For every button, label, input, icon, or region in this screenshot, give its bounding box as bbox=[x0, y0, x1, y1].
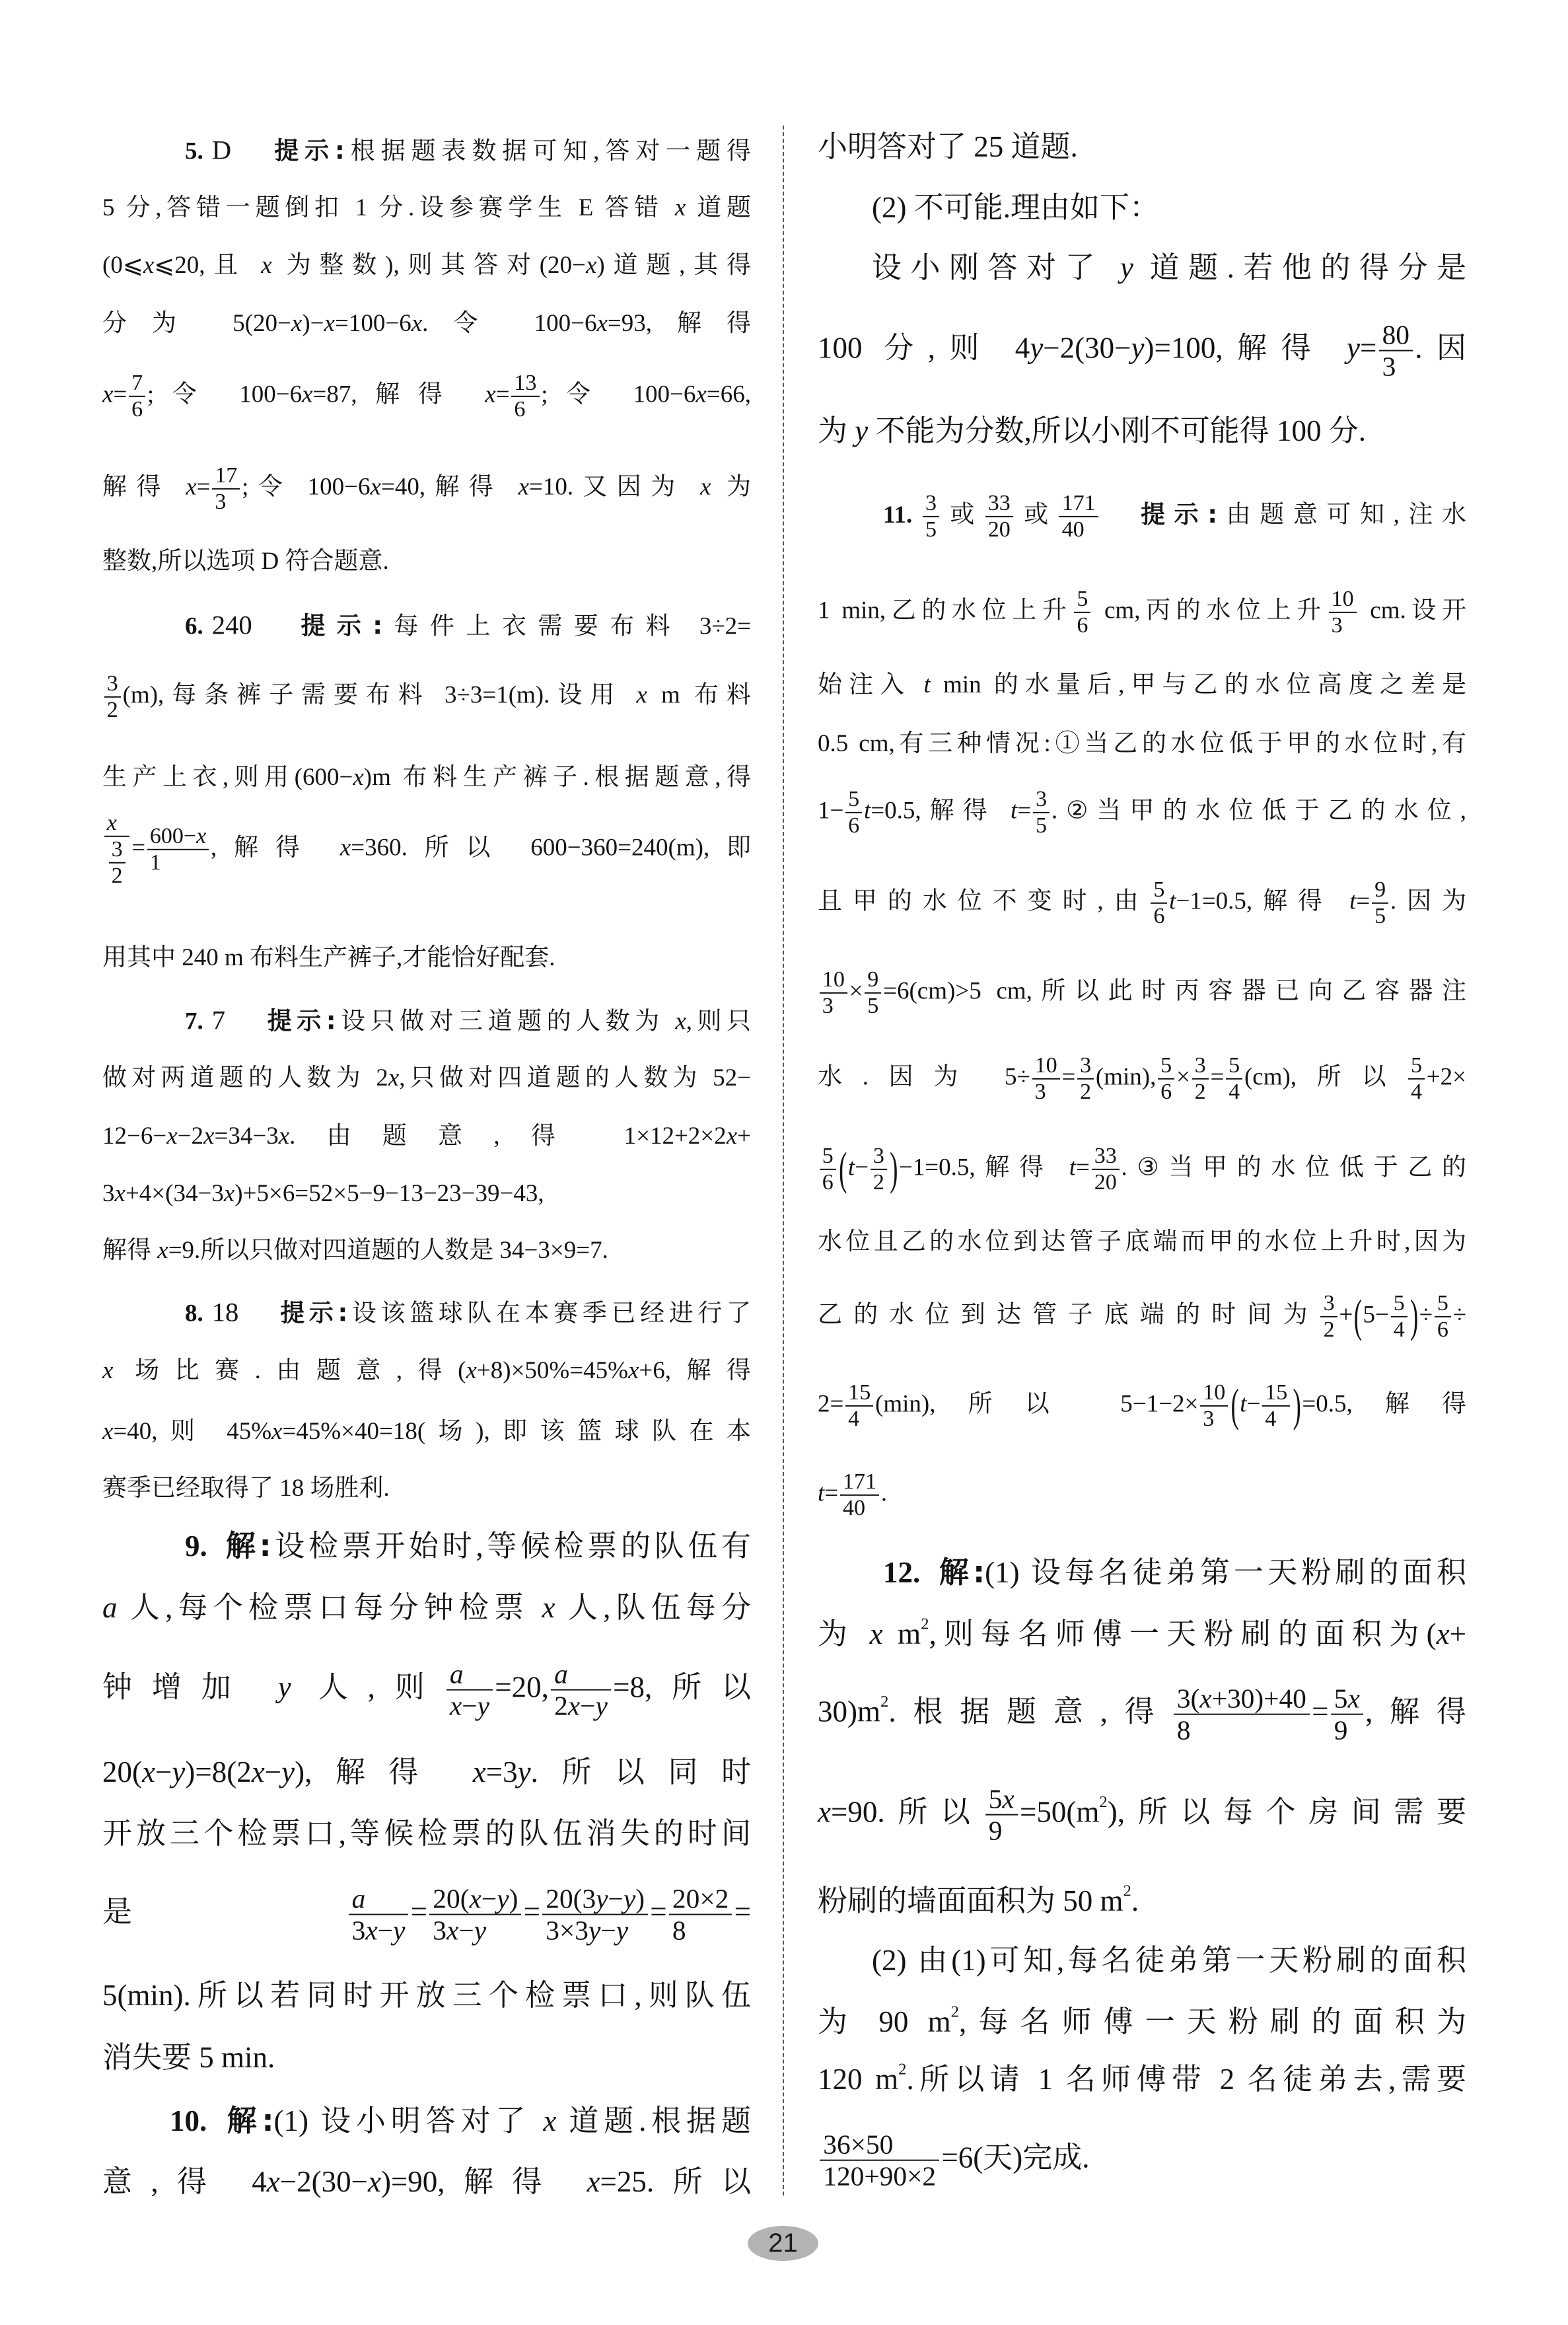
text-run: 15 bbox=[848, 1380, 871, 1405]
fraction-numerator: 3(x+30)+40 bbox=[1174, 1683, 1310, 1715]
fraction: 32 bbox=[1077, 1053, 1094, 1105]
text-run: 2 bbox=[1195, 1080, 1206, 1104]
fraction: 56 bbox=[1435, 1291, 1451, 1343]
fraction-denominator: 4 bbox=[845, 1407, 873, 1432]
fraction-denominator: 6 bbox=[845, 813, 862, 838]
fraction-denominator: 6 bbox=[1074, 613, 1090, 638]
fraction: 3(x+30)+408 bbox=[1174, 1683, 1310, 1746]
fraction: 17140 bbox=[840, 1469, 879, 1521]
page-number-badge: 21 bbox=[748, 2226, 818, 2261]
fraction-denominator: 6 bbox=[1151, 904, 1167, 929]
text-run: (min), bbox=[1096, 1063, 1156, 1090]
text-run: 或 bbox=[1015, 501, 1057, 528]
text-run: 5 bbox=[1229, 1053, 1240, 1078]
superscript: 2 bbox=[880, 1693, 888, 1711]
fraction-numerator: 5 bbox=[820, 1144, 836, 1170]
fraction: 35 bbox=[1033, 787, 1050, 838]
fraction: 154 bbox=[845, 1380, 873, 1432]
fraction-denominator: 40 bbox=[840, 1496, 879, 1521]
text-run: 30)m bbox=[818, 1695, 880, 1728]
text-run: ),所以每个房间需要 bbox=[1108, 1795, 1466, 1828]
item-number: 12. bbox=[883, 1556, 920, 1589]
fraction-denominator: 9 bbox=[985, 1816, 1018, 1846]
superscript: 2 bbox=[1099, 1793, 1107, 1811]
fraction-numerator: 10 bbox=[1329, 587, 1357, 613]
fraction: 17140 bbox=[1059, 491, 1098, 542]
text-run: 36×50 bbox=[823, 2129, 893, 2160]
math-variable: x bbox=[1347, 1683, 1359, 1714]
text-line: 设小刚答对了 y 道题.若他的得分是 bbox=[818, 248, 1466, 287]
math-variable: t bbox=[1169, 887, 1176, 914]
fraction-numerator: 3 bbox=[1192, 1053, 1209, 1080]
fraction: 103 bbox=[1329, 587, 1357, 638]
fraction: 56 bbox=[845, 787, 862, 838]
text-run: 171 bbox=[1062, 491, 1096, 515]
math-variable: t bbox=[848, 1154, 855, 1181]
text-run: 6 bbox=[848, 813, 859, 838]
text-line: 103×95=6(cm)>5 cm,所以此时丙容器已向乙容器注 bbox=[818, 967, 1466, 1019]
text-run: (1) 设每名徒弟第一天粉刷的面积 bbox=[985, 1556, 1466, 1589]
superscript: 2 bbox=[921, 1615, 929, 1633]
text-run: .因 bbox=[1415, 331, 1466, 364]
fraction-denominator: 9 bbox=[1331, 1715, 1363, 1746]
text-run: 6 bbox=[1437, 1317, 1448, 1342]
fraction: 803 bbox=[1379, 320, 1413, 383]
fraction-denominator: 3 bbox=[1032, 1080, 1060, 1105]
text-run: − bbox=[855, 1154, 869, 1181]
text-run: 3( bbox=[1177, 1683, 1199, 1714]
fraction-denominator: 2 bbox=[871, 1170, 887, 1195]
fraction-denominator: 120+90×2 bbox=[820, 2161, 939, 2192]
text-run: 9 bbox=[989, 1816, 1003, 1846]
text-run: 为 bbox=[818, 1617, 870, 1650]
text-run: 5 bbox=[1153, 877, 1164, 902]
math-variable: x bbox=[1199, 1683, 1211, 1714]
superscript: 2 bbox=[951, 2003, 959, 2020]
text-run: 3 bbox=[822, 994, 834, 1018]
fraction-numerator: 5 bbox=[1226, 1053, 1242, 1080]
text-line: 2=154(min),所以 5−1−2×103(t−154)=0.5,解得 bbox=[818, 1380, 1466, 1432]
text-run: 4 bbox=[1229, 1080, 1240, 1104]
text-run: 5 bbox=[822, 1144, 834, 1168]
fraction-denominator: 3 bbox=[820, 994, 847, 1019]
page-number: 21 bbox=[768, 2229, 798, 2258]
text-run: + bbox=[1450, 1617, 1466, 1650]
fraction-numerator: 171 bbox=[1059, 491, 1098, 517]
large-parenthesis: ) bbox=[1410, 1294, 1418, 1340]
text-run: 粉刷的墙面面积为 50 m bbox=[818, 1884, 1123, 1917]
fraction-numerator: 15 bbox=[1262, 1380, 1290, 1407]
text-line: 30)m2.根据题意,得3(x+30)+408=5x9,解得 bbox=[818, 1683, 1466, 1746]
text-line: 小明答对了 25 道题. bbox=[818, 128, 1466, 166]
text-run: =6(天)完成. bbox=[941, 2141, 1089, 2174]
fraction: 32 bbox=[871, 1144, 887, 1195]
fraction-numerator: 80 bbox=[1379, 320, 1413, 351]
fraction: 103 bbox=[820, 967, 847, 1019]
fraction: 56 bbox=[1151, 877, 1167, 929]
text-run: 始注入 bbox=[818, 671, 923, 698]
text-run: +30)+40 bbox=[1212, 1683, 1306, 1714]
text-run: .所以请 1 名师傅带 2 名徒弟去,需要 bbox=[906, 2063, 1466, 2096]
text-run: 3 bbox=[873, 1144, 884, 1168]
text-run: 3 bbox=[1324, 1291, 1335, 1315]
text-run: m bbox=[883, 1617, 921, 1650]
text-run: . bbox=[881, 1479, 887, 1506]
fraction-numerator: 15 bbox=[845, 1380, 873, 1407]
math-variable: t bbox=[1349, 887, 1356, 914]
superscript: 2 bbox=[1123, 1882, 1131, 1900]
fraction-denominator: 5 bbox=[1033, 813, 1050, 838]
text-run: 40 bbox=[1062, 517, 1085, 542]
fraction-numerator: 9 bbox=[865, 967, 881, 994]
text-run: 为 bbox=[818, 414, 855, 447]
text-run: 5 bbox=[1411, 1053, 1422, 1078]
text-run: 15 bbox=[1265, 1380, 1287, 1405]
fraction-denominator: 4 bbox=[1262, 1407, 1290, 1432]
text-run: −1=0.5,解得 bbox=[1176, 887, 1349, 914]
fraction-denominator: 3 bbox=[1379, 351, 1413, 382]
math-variable: t bbox=[923, 671, 930, 698]
text-run: 120+90×2 bbox=[823, 2161, 936, 2192]
text-run: 5− bbox=[1363, 1301, 1389, 1328]
text-run: 0.5 cm,有三种情况:①当乙的水位低于甲的水位时,有 bbox=[818, 730, 1466, 757]
text-line: 1 min,乙的水位上升56 cm,丙的水位上升103 cm.设开 bbox=[818, 587, 1466, 638]
text-run: 40 bbox=[843, 1496, 865, 1520]
text-run: 10 bbox=[1035, 1053, 1057, 1078]
text-run: =6(cm)>5 cm,所以此时丙容器已向乙容器注 bbox=[883, 977, 1466, 1004]
text-line: 1−56t=0.5,解得 t=35.②当甲的水位低于乙的水位, bbox=[818, 787, 1466, 838]
fraction-numerator: 5 bbox=[845, 787, 862, 813]
fraction-denominator: 40 bbox=[1059, 517, 1098, 542]
math-variable: t bbox=[1069, 1154, 1076, 1181]
fraction-denominator: 5 bbox=[923, 517, 939, 542]
large-parenthesis: ) bbox=[1293, 1383, 1301, 1429]
text-run: × bbox=[1176, 1063, 1190, 1090]
text-line: 12.解:(1) 设每名徒弟第一天粉刷的面积 bbox=[818, 1553, 1466, 1592]
text-run: 5 bbox=[925, 517, 937, 542]
text-run: ,每名师傅一天粉刷的面积为 bbox=[959, 2005, 1466, 2038]
text-line: 水.因为 5÷103=32(min),56×32=54(cm),所以54+2× bbox=[818, 1053, 1466, 1105]
fraction-numerator: 5x bbox=[985, 1784, 1018, 1816]
fraction-denominator: 6 bbox=[1435, 1317, 1451, 1343]
text-run: 3 bbox=[925, 491, 937, 515]
fraction-numerator: 36×50 bbox=[820, 2129, 939, 2161]
fraction: 3320 bbox=[985, 491, 1013, 542]
math-variable: y bbox=[1120, 251, 1133, 284]
fraction-denominator: 6 bbox=[820, 1170, 836, 1195]
text-run: 9 bbox=[1374, 877, 1386, 902]
fraction-denominator: 5 bbox=[865, 994, 881, 1019]
hint-label: 提示: bbox=[1132, 499, 1218, 528]
fraction: 32 bbox=[1320, 1291, 1337, 1343]
text-run: 1− bbox=[818, 797, 843, 824]
text-run: 33 bbox=[988, 491, 1011, 515]
text-run: = bbox=[1061, 1063, 1075, 1090]
fraction-numerator: 10 bbox=[820, 967, 847, 994]
text-run: (min),所以 5−1−2× bbox=[875, 1390, 1198, 1417]
math-variable: x bbox=[870, 1617, 883, 1650]
fraction: 56 bbox=[1158, 1053, 1174, 1105]
fraction: 32 bbox=[1192, 1053, 1209, 1105]
text-run: −2(30− bbox=[1043, 331, 1131, 364]
text-run: +2× bbox=[1427, 1063, 1466, 1090]
large-parenthesis: ( bbox=[1230, 1383, 1238, 1429]
text-run: 5 bbox=[1077, 587, 1088, 611]
fraction-denominator: 4 bbox=[1391, 1317, 1408, 1343]
fraction-denominator: 2 bbox=[1192, 1080, 1209, 1105]
fraction-numerator: 5 bbox=[1074, 587, 1090, 613]
fraction-denominator: 8 bbox=[1174, 1715, 1310, 1746]
large-parenthesis: ( bbox=[839, 1146, 847, 1193]
text-run: .③当甲的水位低于乙的 bbox=[1122, 1154, 1467, 1181]
text-run: 或 bbox=[941, 501, 983, 528]
text-line: x=90.所以5x9=50(m2),所以每个房间需要 bbox=[818, 1784, 1466, 1847]
text-run: 水位且乙的水位到达管子底端而甲的水位上升时,因为 bbox=[818, 1228, 1466, 1255]
fraction-numerator: 5 bbox=[1435, 1291, 1451, 1317]
fraction-numerator: 3 bbox=[1077, 1053, 1094, 1080]
text-run: 5 bbox=[1334, 1683, 1348, 1714]
text-line: 36×50120+90×2=6(天)完成. bbox=[818, 2129, 1466, 2192]
math-variable: x bbox=[1002, 1784, 1014, 1814]
fraction: 3320 bbox=[1092, 1144, 1120, 1195]
math-variable: t bbox=[1011, 797, 1017, 824]
text-run: (2) 由(1)可知,每名徒弟第一天粉刷的面积 bbox=[872, 1944, 1466, 1977]
text-run: 为 90 m bbox=[818, 2005, 951, 2038]
superscript: 2 bbox=[898, 2060, 906, 2078]
text-run: =50(m bbox=[1020, 1795, 1099, 1828]
text-run: 水.因为 5÷ bbox=[818, 1063, 1030, 1090]
text-run: 5 bbox=[1437, 1291, 1448, 1315]
text-run: 10 bbox=[1203, 1380, 1225, 1405]
fraction: 154 bbox=[1262, 1380, 1290, 1432]
text-run: 120 m bbox=[818, 2063, 898, 2096]
fraction-denominator: 3 bbox=[1200, 1407, 1228, 1432]
fraction-numerator: 5 bbox=[1151, 877, 1167, 904]
text-run: 设小刚答对了 bbox=[872, 251, 1120, 284]
text-run: 乙的水位到达管子底端的时间为 bbox=[818, 1301, 1319, 1328]
large-parenthesis: ( bbox=[1354, 1294, 1362, 1340]
text-line: 水位且乙的水位到达管子底端而甲的水位上升时,因为 bbox=[818, 1226, 1466, 1258]
text-run: 3 bbox=[1382, 351, 1396, 382]
text-run: 9 bbox=[1334, 1715, 1348, 1746]
text-run: 10 bbox=[822, 967, 845, 992]
fraction-denominator: 20 bbox=[1092, 1170, 1120, 1195]
text-run: 20 bbox=[988, 517, 1011, 542]
fraction: 56 bbox=[820, 1144, 836, 1195]
fraction: 36×50120+90×2 bbox=[820, 2129, 939, 2192]
fraction-numerator: 10 bbox=[1032, 1053, 1060, 1080]
text-run: 3 bbox=[1035, 1080, 1046, 1104]
right-column: 小明答对了 25 道题. (2) 不可能.理由如下： 设小刚答对了 y 道题.若… bbox=[0, 0, 1568, 2325]
text-line: 为 90 m2,每名师傅一天粉刷的面积为 bbox=[818, 2003, 1466, 2042]
text-run: 4 bbox=[848, 1407, 859, 1431]
text-run: 5 bbox=[867, 994, 878, 1018]
fraction-numerator: 5x bbox=[1331, 1683, 1363, 1715]
math-variable: x bbox=[818, 1795, 831, 1828]
fraction-numerator: 3 bbox=[1033, 787, 1050, 813]
fraction-denominator: 2 bbox=[1320, 1317, 1337, 1343]
text-run: 3 bbox=[1203, 1407, 1214, 1431]
text-line: 粉刷的墙面面积为 50 m2. bbox=[818, 1882, 1466, 1921]
text-run: cm.设开 bbox=[1358, 597, 1466, 624]
large-parenthesis: ) bbox=[890, 1146, 898, 1193]
text-line: (2) 由(1)可知,每名徒弟第一天粉刷的面积 bbox=[818, 1941, 1466, 1980]
fraction-denominator: 20 bbox=[985, 517, 1013, 542]
text-line: 乙的水位到达管子底端的时间为32+(5−54)÷56÷ bbox=[818, 1291, 1466, 1343]
text-run: 5 bbox=[1394, 1291, 1405, 1315]
fraction: 95 bbox=[1372, 877, 1388, 929]
text-run: 6 bbox=[1153, 904, 1164, 928]
fraction-numerator: 3 bbox=[923, 491, 939, 517]
text-run: ,则每名师傅一天粉刷的面积为( bbox=[929, 1617, 1437, 1650]
text-run: × bbox=[849, 977, 863, 1004]
text-run: 5 bbox=[848, 787, 859, 811]
text-run: 3 bbox=[1332, 613, 1343, 638]
fraction-numerator: 9 bbox=[1372, 877, 1388, 904]
text-run: .②当甲的水位低于乙的水位, bbox=[1051, 797, 1466, 824]
fraction-numerator: 3 bbox=[1320, 1291, 1337, 1317]
text-run: 5 bbox=[989, 1784, 1003, 1814]
fraction-denominator: 4 bbox=[1408, 1080, 1425, 1105]
text-run: 小明答对了 25 道题. bbox=[818, 130, 1078, 163]
text-run: 5 bbox=[1374, 904, 1386, 928]
text-run: 6 bbox=[1160, 1080, 1172, 1104]
text-line: 始注入 t min 的水量后,甲与乙的水位高度之差是 bbox=[818, 669, 1466, 701]
fraction-numerator: 171 bbox=[840, 1469, 879, 1496]
text-run: −1=0.5,解得 bbox=[899, 1154, 1069, 1181]
text-run: 1 min,乙的水位上升 bbox=[818, 597, 1073, 624]
text-run: ÷ bbox=[1419, 1301, 1433, 1328]
text-run: . bbox=[1131, 1884, 1139, 1917]
text-run: 100 分,则 4 bbox=[818, 331, 1030, 364]
text-run: 6 bbox=[822, 1170, 834, 1195]
text-run: = bbox=[1356, 887, 1370, 914]
fraction-denominator: 2 bbox=[1077, 1080, 1094, 1105]
fraction: 56 bbox=[1074, 587, 1090, 638]
text-line: 11.35或3320或17140提示:由题意可知,注水 bbox=[818, 491, 1466, 542]
text-run: 80 bbox=[1382, 320, 1409, 350]
text-line: 100 分,则 4y−2(30−y)=100,解得 y=803.因 bbox=[818, 320, 1466, 383]
text-run: 8 bbox=[1177, 1715, 1191, 1746]
fraction-numerator: 5 bbox=[1408, 1053, 1425, 1080]
fraction: 95 bbox=[865, 967, 881, 1019]
text-run: 2= bbox=[818, 1390, 843, 1417]
fraction: 54 bbox=[1226, 1053, 1242, 1105]
text-run: = bbox=[1017, 797, 1031, 824]
text-run: 20 bbox=[1094, 1170, 1117, 1195]
text-line: 且甲的水位不变时,由56t−1=0.5,解得 t=95.因为 bbox=[818, 877, 1466, 929]
math-variable: y bbox=[1347, 331, 1360, 364]
text-run: = bbox=[1076, 1154, 1090, 1181]
text-run: )=100,解得 bbox=[1145, 331, 1347, 364]
fraction: 103 bbox=[1200, 1380, 1228, 1432]
text-run: ÷ bbox=[1453, 1301, 1466, 1328]
text-run: 4 bbox=[1265, 1407, 1276, 1431]
text-run: 2 bbox=[873, 1170, 884, 1195]
text-run: 道题.若他的得分是 bbox=[1133, 251, 1466, 284]
text-line: 0.5 cm,有三种情况:①当乙的水位低于甲的水位时,有 bbox=[818, 728, 1466, 760]
text-run: 3 bbox=[1195, 1053, 1206, 1078]
text-run: 6 bbox=[1077, 613, 1088, 638]
math-variable: y bbox=[855, 414, 868, 447]
text-run: =90.所以 bbox=[831, 1795, 983, 1828]
math-variable: t bbox=[818, 1479, 824, 1506]
text-run: min 的水量后,甲与乙的水位高度之差是 bbox=[931, 671, 1466, 698]
text-run: (2) 不可能.理由如下： bbox=[872, 191, 1159, 224]
text-run: − bbox=[1247, 1390, 1261, 1417]
text-run: 4 bbox=[1394, 1317, 1405, 1342]
fraction-numerator: 3 bbox=[871, 1144, 887, 1170]
text-run: cm,丙的水位上升 bbox=[1092, 597, 1327, 624]
math-variable: t bbox=[1240, 1390, 1246, 1417]
text-run: 9 bbox=[867, 967, 878, 992]
text-line: 为 y 不能为分数,所以小刚不可能得 100 分. bbox=[818, 412, 1466, 451]
text-line: 120 m2.所以请 1 名师傅带 2 名徒弟去,需要 bbox=[818, 2060, 1466, 2099]
item-number: 11. bbox=[883, 501, 912, 528]
fraction: 5x9 bbox=[1331, 1683, 1363, 1746]
text-run: ,解得 bbox=[1365, 1695, 1466, 1728]
text-run: = bbox=[1312, 1695, 1328, 1728]
math-variable: t bbox=[864, 797, 871, 824]
text-run: 33 bbox=[1094, 1144, 1117, 1168]
text-run: (cm),所以 bbox=[1244, 1063, 1406, 1090]
text-run: = bbox=[1360, 331, 1376, 364]
solution-label: 解: bbox=[935, 1555, 985, 1590]
text-line: (2) 不可能.理由如下： bbox=[818, 188, 1466, 227]
text-line: 56(t−32)−1=0.5,解得 t=3320.③当甲的水位低于乙的 bbox=[818, 1144, 1466, 1195]
text-run: 5 bbox=[1160, 1053, 1172, 1078]
fraction: 5x9 bbox=[985, 1784, 1018, 1847]
text-run: 由题意可知,注水 bbox=[1217, 501, 1466, 528]
text-run: 2 bbox=[1080, 1080, 1091, 1104]
text-run: 且甲的水位不变时,由 bbox=[818, 887, 1149, 914]
fraction: 54 bbox=[1408, 1053, 1425, 1105]
text-run: 3 bbox=[1080, 1053, 1091, 1078]
fraction-numerator: 5 bbox=[1158, 1053, 1174, 1080]
text-run: .因为 bbox=[1390, 887, 1466, 914]
text-run: = bbox=[824, 1479, 838, 1506]
text-run: .根据题意,得 bbox=[888, 1695, 1171, 1728]
text-run: 2 bbox=[1324, 1317, 1335, 1342]
text-run: + bbox=[1339, 1301, 1353, 1328]
fraction: 35 bbox=[923, 491, 939, 542]
fraction-numerator: 33 bbox=[1092, 1144, 1120, 1170]
math-variable: y bbox=[1030, 331, 1043, 364]
fraction-numerator: 5 bbox=[1391, 1291, 1408, 1317]
text-run: 171 bbox=[843, 1469, 876, 1494]
math-variable: x bbox=[1437, 1617, 1450, 1650]
math-variable: y bbox=[1131, 331, 1145, 364]
fraction-denominator: 3 bbox=[1329, 613, 1357, 638]
text-run: = bbox=[1210, 1063, 1224, 1090]
text-run: 4 bbox=[1411, 1080, 1422, 1104]
fraction-numerator: 33 bbox=[985, 491, 1013, 517]
text-run: 不能为分数,所以小刚不可能得 100 分. bbox=[868, 414, 1366, 447]
fraction: 54 bbox=[1391, 1291, 1408, 1343]
text-run: =0.5,解得 bbox=[1302, 1390, 1466, 1417]
text-run: 5 bbox=[1036, 813, 1047, 838]
fraction-numerator: 10 bbox=[1200, 1380, 1228, 1407]
text-run: 10 bbox=[1332, 587, 1354, 611]
text-run: =0.5,解得 bbox=[871, 797, 1011, 824]
fraction-denominator: 6 bbox=[1158, 1080, 1174, 1105]
text-line: 为 x m2,则每名师傅一天粉刷的面积为(x+ bbox=[818, 1615, 1466, 1654]
fraction: 103 bbox=[1032, 1053, 1060, 1105]
text-run: 3 bbox=[1036, 787, 1047, 811]
text-line: t=17140. bbox=[818, 1469, 1466, 1521]
fraction-denominator: 5 bbox=[1372, 904, 1388, 929]
fraction-denominator: 4 bbox=[1226, 1080, 1242, 1105]
